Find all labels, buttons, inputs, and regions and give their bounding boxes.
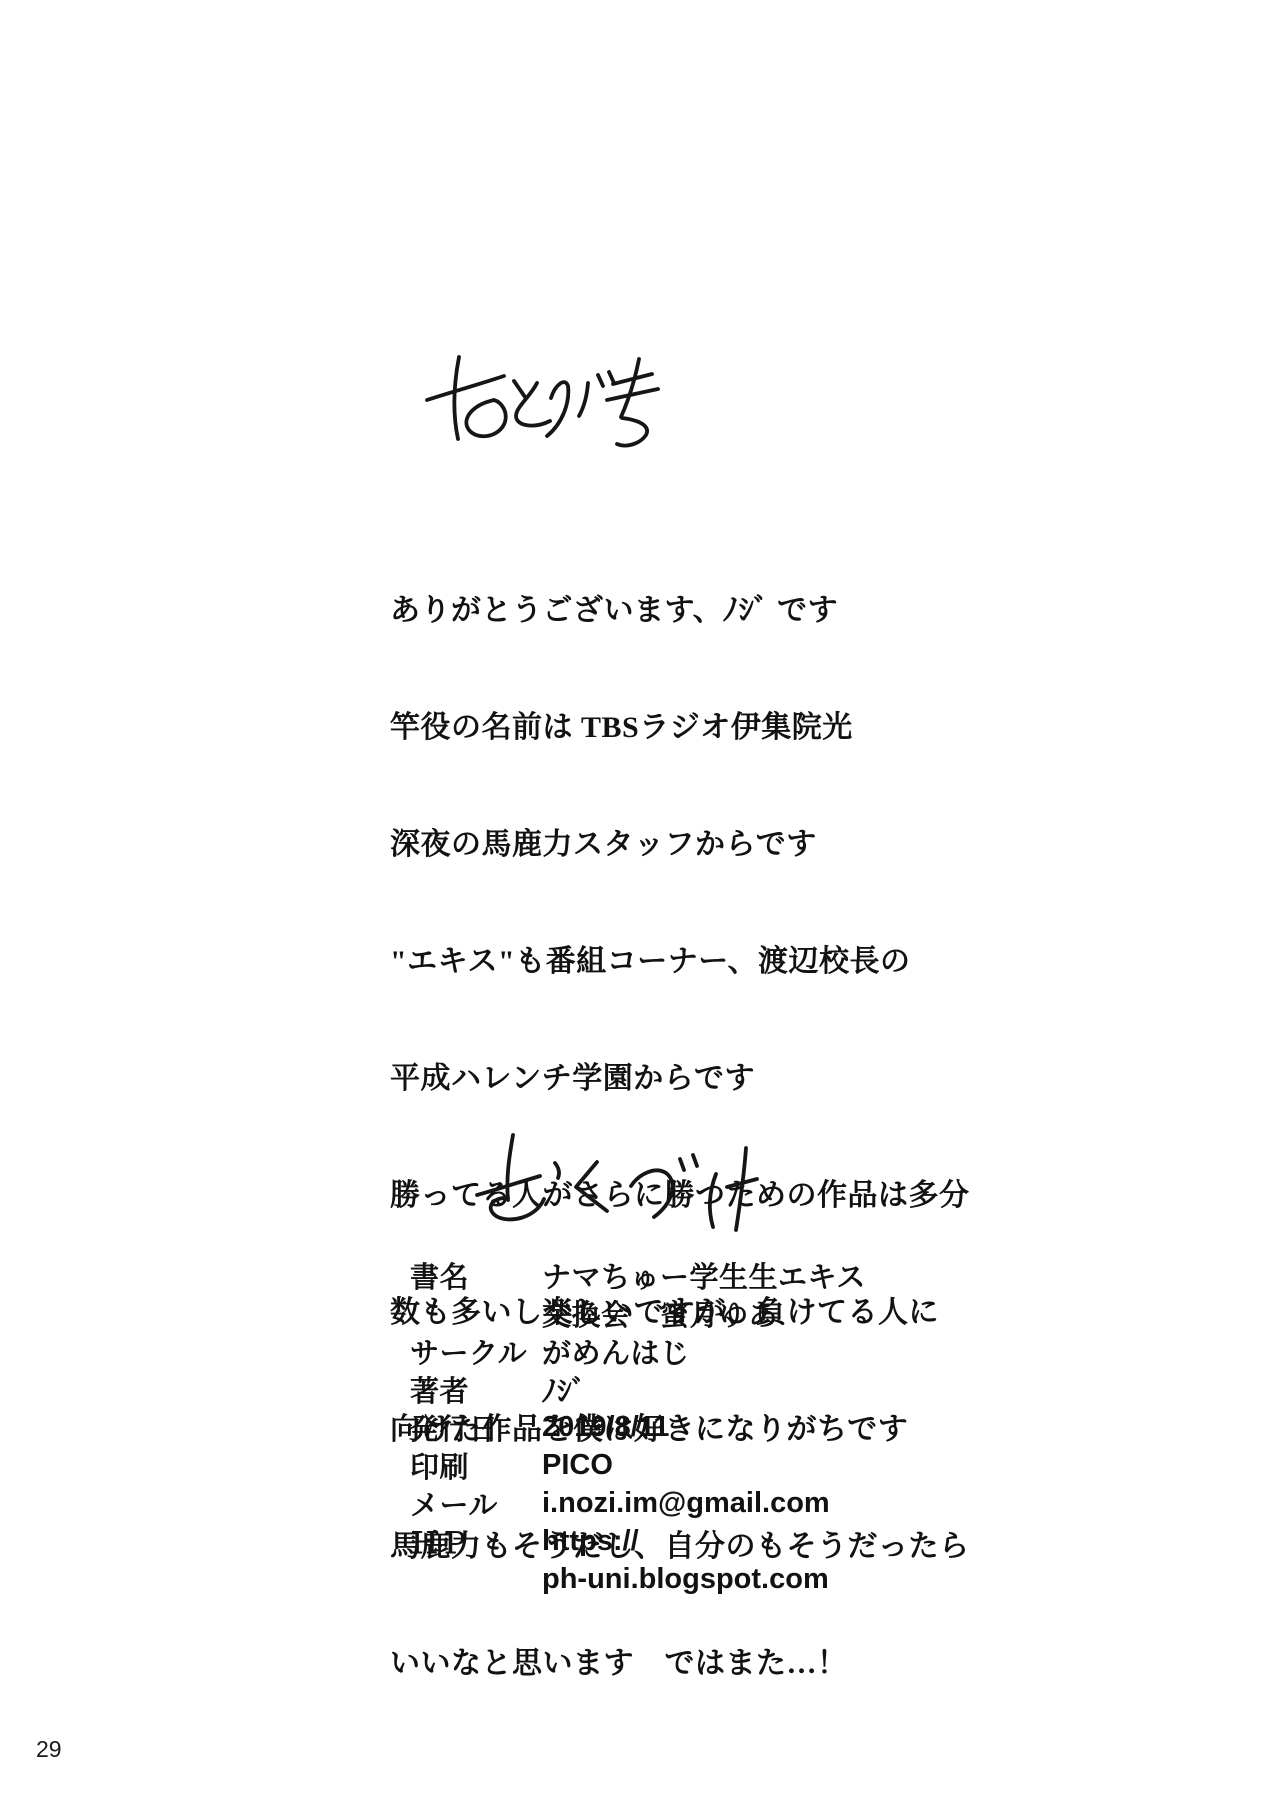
colophon-label: メール xyxy=(410,1483,542,1524)
colophon-row-author: 著者 ﾉｼﾞ xyxy=(410,1370,866,1408)
afterword-line: "エキス"も番組コーナー、渡辺校長の xyxy=(390,942,970,981)
colophon-label: 印刷 xyxy=(410,1445,542,1486)
afterword-line: 平成ハレンチ学園からです xyxy=(390,1059,970,1098)
colophon-row-title-2: 交換会 蜜月ゆあ xyxy=(410,1294,866,1332)
colophon-value: https:// xyxy=(542,1525,639,1558)
colophon-value: 交換会 蜜月ゆあ xyxy=(542,1293,778,1334)
colophon-row-title: 書名 ナマちゅー学生生エキス xyxy=(410,1256,866,1294)
colophon-value: i.nozi.im@gmail.com xyxy=(542,1487,830,1520)
colophon-row-homepage: ＨＰ https:// xyxy=(410,1522,866,1560)
afterword-title-handwriting xyxy=(420,345,670,460)
colophon-value: がめんはじ xyxy=(542,1331,690,1372)
colophon-row-homepage-2: ph-uni.blogspot.com xyxy=(410,1560,866,1598)
colophon-value: PICO xyxy=(542,1449,613,1482)
colophon-label: ＨＰ xyxy=(410,1521,542,1562)
colophon-row-circle: サークル がめんはじ xyxy=(410,1332,866,1370)
colophon-value: ナマちゅー学生生エキス xyxy=(542,1255,866,1296)
colophon-label: 著者 xyxy=(410,1369,542,1410)
afterword-line: 竿役の名前は TBSラジオ伊集院光 xyxy=(390,708,970,747)
afterword-line: 深夜の馬鹿力スタッフからです xyxy=(390,825,970,864)
colophon-title-handwriting xyxy=(440,1118,780,1253)
colophon-value: 2019/8/11 xyxy=(542,1411,669,1444)
colophon-table: 書名 ナマちゅー学生生エキス 交換会 蜜月ゆあ サークル がめんはじ 著者 ﾉｼ… xyxy=(410,1256,866,1598)
page-number: 29 xyxy=(36,1736,62,1763)
afterword-line: ありがとうございます、ﾉｼﾞ です xyxy=(390,591,970,630)
colophon-row-email: メール i.nozi.im@gmail.com xyxy=(410,1484,866,1522)
colophon-value: ﾉｼﾞ xyxy=(542,1369,587,1410)
colophon-label: 書名 xyxy=(410,1255,542,1296)
colophon-value: ph-uni.blogspot.com xyxy=(542,1563,829,1596)
colophon-label: 発行日 xyxy=(410,1407,542,1448)
afterword-line: いいなと思います ではまた…！ xyxy=(390,1644,970,1683)
colophon-row-printer: 印刷 PICO xyxy=(410,1446,866,1484)
colophon-row-date: 発行日 2019/8/11 xyxy=(410,1408,866,1446)
colophon-label: サークル xyxy=(410,1331,542,1372)
